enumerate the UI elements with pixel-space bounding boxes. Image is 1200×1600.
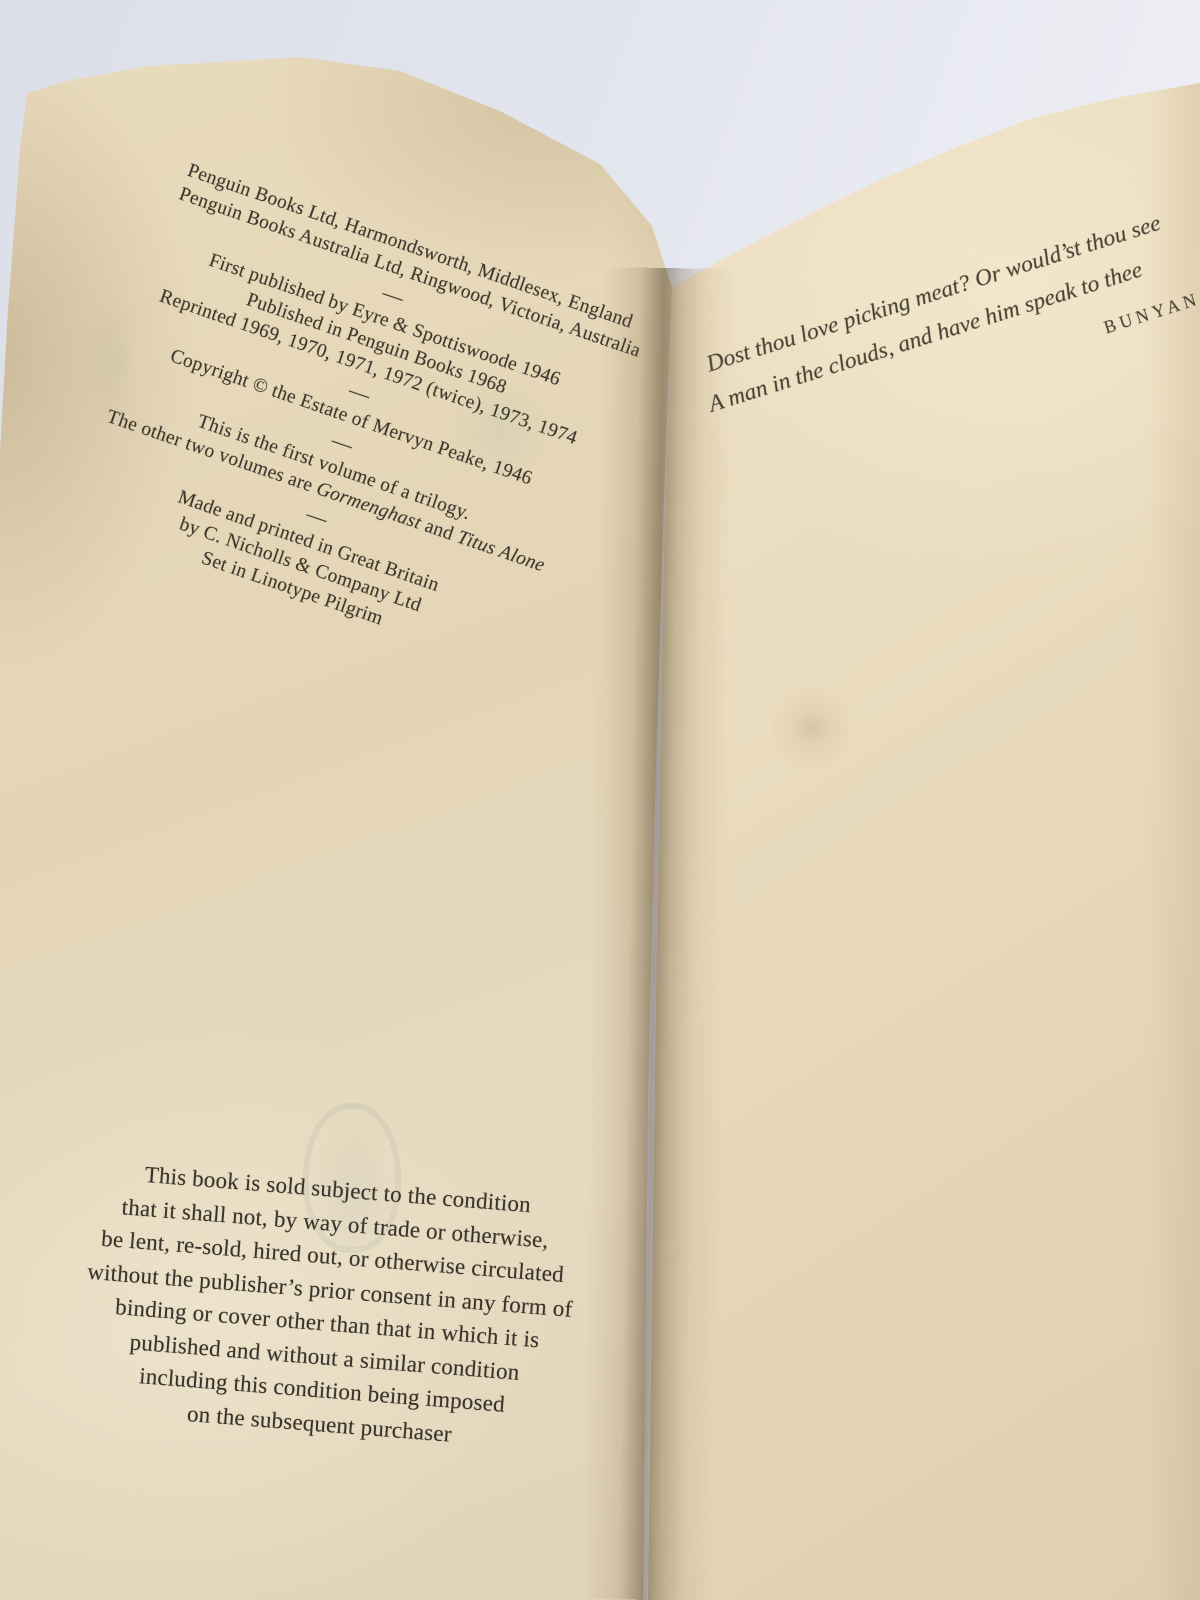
sale-condition-block: This book is sold subject to the conditi… bbox=[49, 1152, 608, 1462]
epigraph-line: A man in the clouds, and have him speak … bbox=[704, 93, 1200, 425]
left-page: Penguin Books Ltd, Harmondsworth, Middle… bbox=[0, 0, 700, 1600]
right-page: Dost thou love picking meat? Or would’st… bbox=[600, 0, 1200, 1600]
open-book-photo: Penguin Books Ltd, Harmondsworth, Middle… bbox=[0, 0, 1200, 1600]
epigraph-block: Dost thou love picking meat? Or would’st… bbox=[692, 55, 1200, 467]
imprint-block: Penguin Books Ltd, Harmondsworth, Middle… bbox=[66, 158, 636, 677]
